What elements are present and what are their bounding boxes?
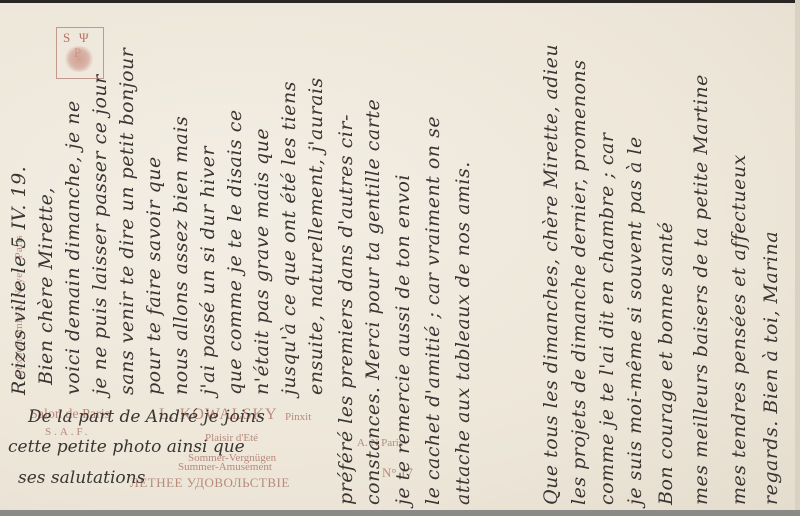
handwriting-footer-line: cette petite photo ainsi que <box>8 437 245 457</box>
handwriting-line: pour te faire savoir que <box>143 156 165 395</box>
handwriting-footer-line: ses salutations <box>18 468 145 488</box>
handwriting-line: le cachet d'amitié ; car vraiment on se <box>422 116 444 505</box>
handwriting-line: voici demain dimanche, je ne <box>62 100 84 395</box>
handwriting-line: que comme je te le disais ce <box>224 109 246 395</box>
handwriting-line: Que tous les dimanches, chère Mirette, a… <box>540 44 562 505</box>
handwriting-line: les projets de dimanche dernier, promeno… <box>568 59 590 505</box>
handwriting-line: constances. Merci pour ta gentille carte <box>362 99 384 505</box>
handwritten-message: Reizas ville le 5 IV. 19. Bien chère Mir… <box>0 0 800 510</box>
handwriting-line: ensuite, naturellement, j'aurais <box>305 77 327 395</box>
handwriting-line: n'était pas grave mais que <box>251 128 273 395</box>
handwriting-line: j'ai passé un si dur hiver <box>197 146 219 395</box>
handwriting-line: nous allons assez bien mais <box>170 116 192 395</box>
handwriting-line: je ne puis laisser passer ce jour <box>89 74 111 395</box>
scan-edge-right <box>795 0 800 510</box>
handwriting-line: regards. Bien à toi, Marina <box>760 231 782 505</box>
handwriting-line: mes tendres pensées et affectueux <box>728 154 750 505</box>
handwriting-line: attache aux tableaux de nos amis. <box>452 161 474 505</box>
handwriting-line: mes meilleurs baisers de ta petite Marti… <box>690 74 712 505</box>
handwriting-line: comme je te l'ai dit en chambre ; car <box>596 133 618 505</box>
postcard-back: S Ψ P Luxochromie A. Noyer - Paris Salon… <box>0 0 800 510</box>
handwriting-line: sans venir te dire un petit bonjour <box>116 48 138 395</box>
scan-edge-bottom <box>0 510 800 516</box>
handwriting-footer-line: De la part de André je joins <box>28 407 265 427</box>
handwriting-line: préféré les premiers dans d'autres cir- <box>335 114 357 505</box>
handwriting-line: je suis moi-même si souvent pas à le <box>624 136 646 505</box>
handwriting-line: jusqu'à ce que ont été les tiens <box>278 81 300 395</box>
handwriting-line: Bien chère Mirette, <box>35 187 57 385</box>
handwriting-line: je te remercie aussi de ton envoi <box>392 174 414 505</box>
handwriting-line: Bon courage et bonne santé <box>655 222 677 505</box>
handwriting-line: Reizas ville le 5 IV. 19. <box>8 166 30 395</box>
